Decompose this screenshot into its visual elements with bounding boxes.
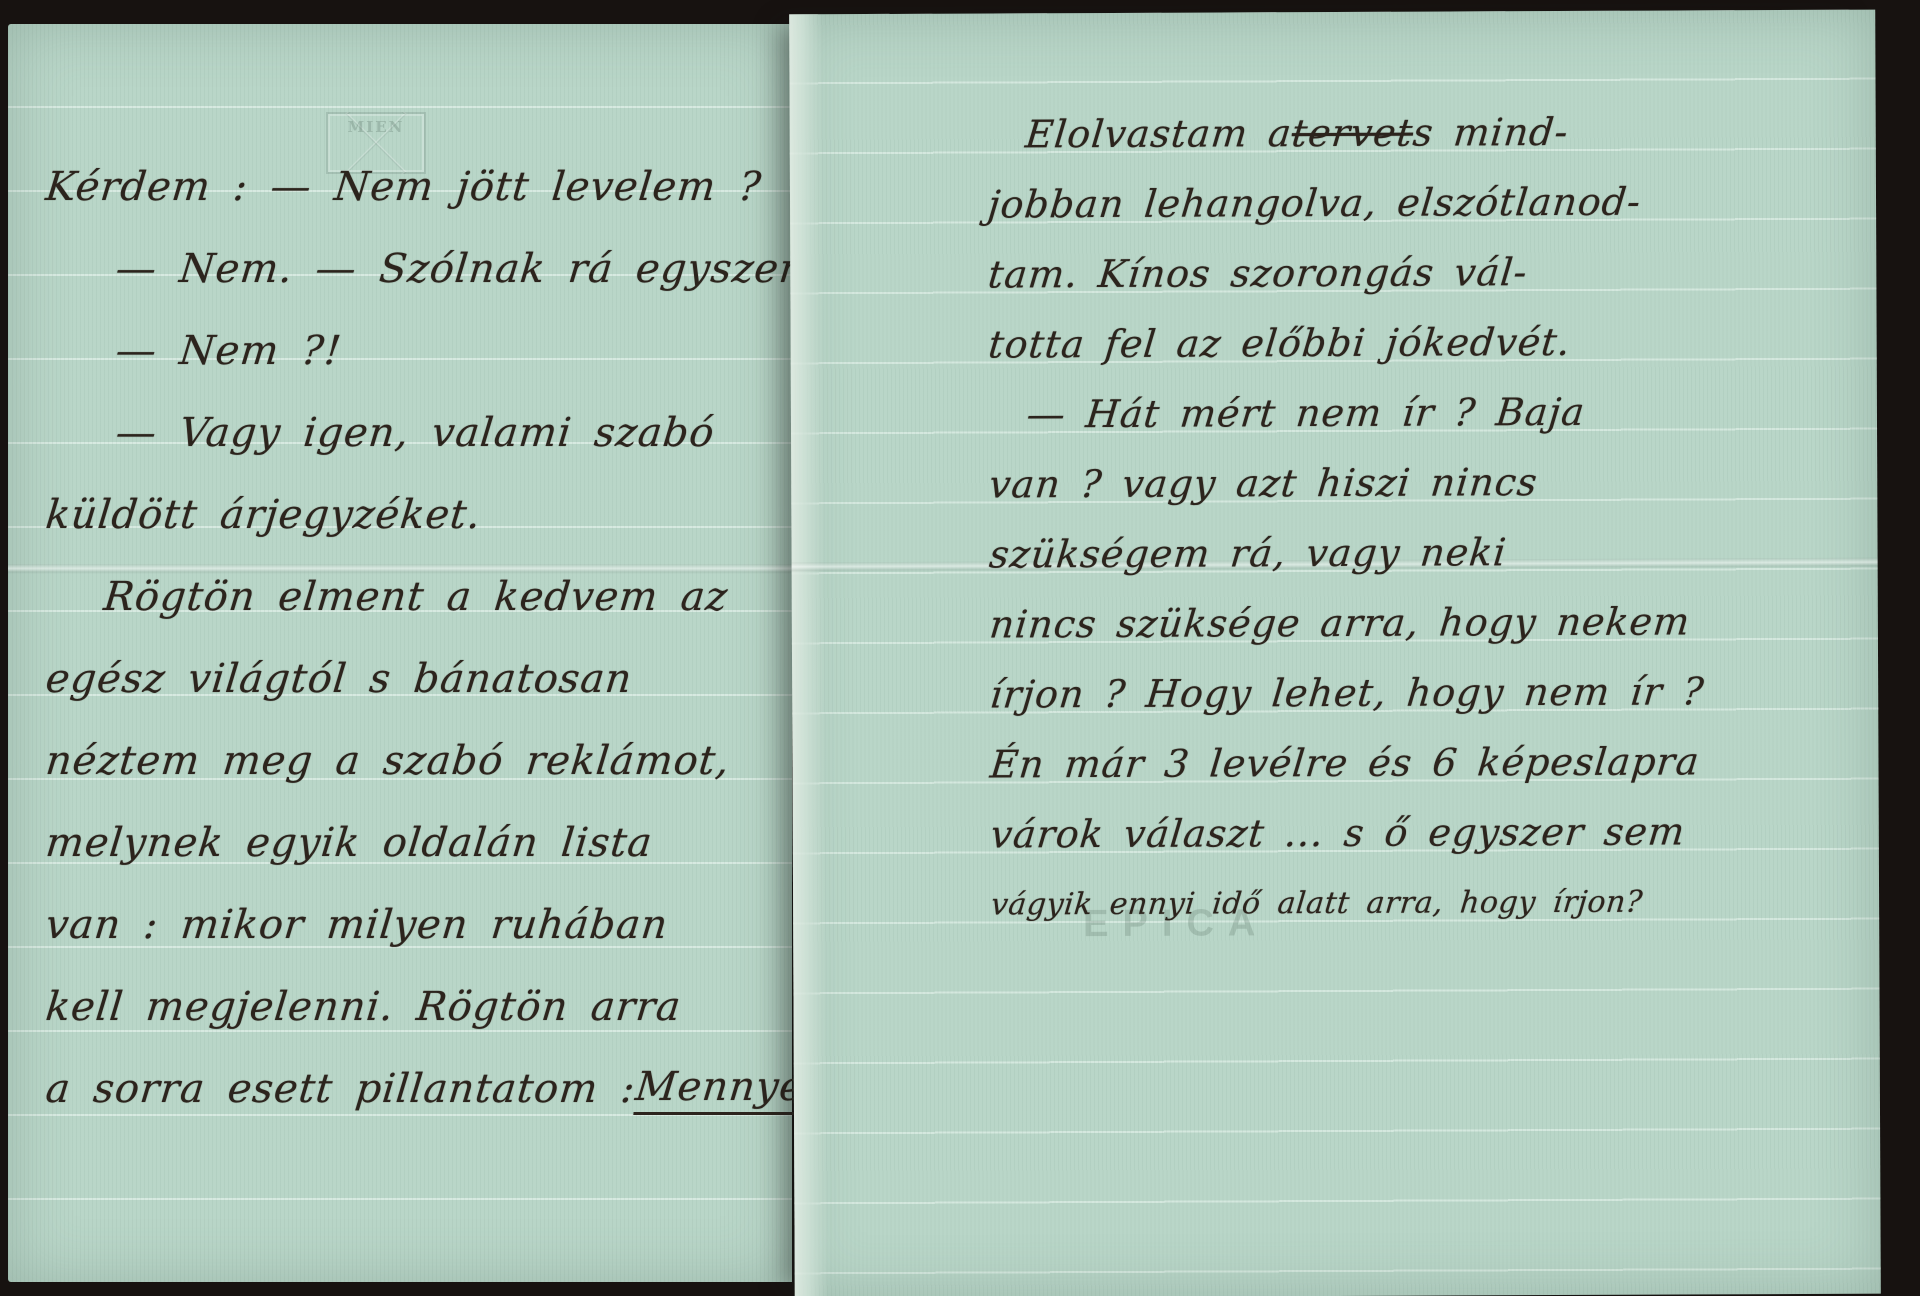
handwritten-line: várok választ ... s ő egyszer sem (987, 796, 1854, 870)
embossed-stamp-text: MIEN (348, 118, 405, 136)
handwritten-line-underlined-word: a sorra esett pillantatom : Mennyegző” (42, 1048, 781, 1130)
handwritten-line: Kérdem : — Nem jött levelem ? (42, 146, 781, 228)
handwritten-line: van : mikor milyen ruhában (42, 884, 781, 966)
handwritten-line: Rögtön elment a kedvem az (42, 556, 781, 638)
handwritten-line: — Hát mért nem ír ? Baja (985, 376, 1852, 450)
scanned-letter: { "colors": { "paper": "#b9d6c8", "ink":… (0, 0, 1920, 1296)
handwritten-line: — Vagy igen, valami szabó (42, 392, 781, 474)
handwritten-line: kell megjelenni. Rögtön arra (42, 966, 781, 1048)
handwritten-line: egész világtól s bánatosan (42, 638, 781, 720)
handwritten-text-left: Kérdem : — Nem jött levelem ? — Nem. — S… (46, 146, 776, 1130)
handwritten-line: totta fel az előbbi jókedvét. (985, 306, 1852, 380)
handwritten-line: jobban lehangolva, elszótlanod- (985, 166, 1852, 240)
paper-torn-edge (789, 14, 829, 1296)
struck-word: tervet (1290, 111, 1416, 156)
handwritten-line: Én már 3 levélre és 6 képeslapra (987, 726, 1854, 800)
handwritten-line: írjon ? Hogy lehet, hogy nem ír ? (987, 656, 1854, 730)
handwritten-line: — Nem. — Szólnak rá egyszer. (42, 228, 781, 310)
letter-page-right: EPICA Elolvastam a tervet s mind- jobban… (789, 10, 1881, 1296)
handwritten-line: szükségem rá, vagy neki (986, 516, 1853, 590)
handwritten-line: van ? vagy azt hiszi nincs (986, 446, 1853, 520)
handwritten-line: vágyik ennyi idő alatt arra, hogy írjon? (988, 866, 1855, 940)
handwritten-text-right: Elolvastam a tervet s mind- jobban lehan… (988, 96, 1852, 940)
handwritten-line: küldött árjegyzéket. (42, 474, 781, 556)
handwritten-line: melynek egyik oldalán lista (42, 802, 781, 884)
handwritten-line: — Nem ?! (42, 310, 781, 392)
handwritten-line: nincs szüksége arra, hogy nekem (986, 586, 1853, 660)
handwritten-line: néztem meg a szabó reklámot, (42, 720, 781, 802)
letter-page-left: MIEN Kérdem : — Nem jött levelem ? — Nem… (8, 24, 792, 1282)
handwritten-line: tam. Kínos szorongás vál- (985, 236, 1852, 310)
handwritten-line-struck-word: Elolvastam a tervet s mind- (984, 96, 1851, 170)
